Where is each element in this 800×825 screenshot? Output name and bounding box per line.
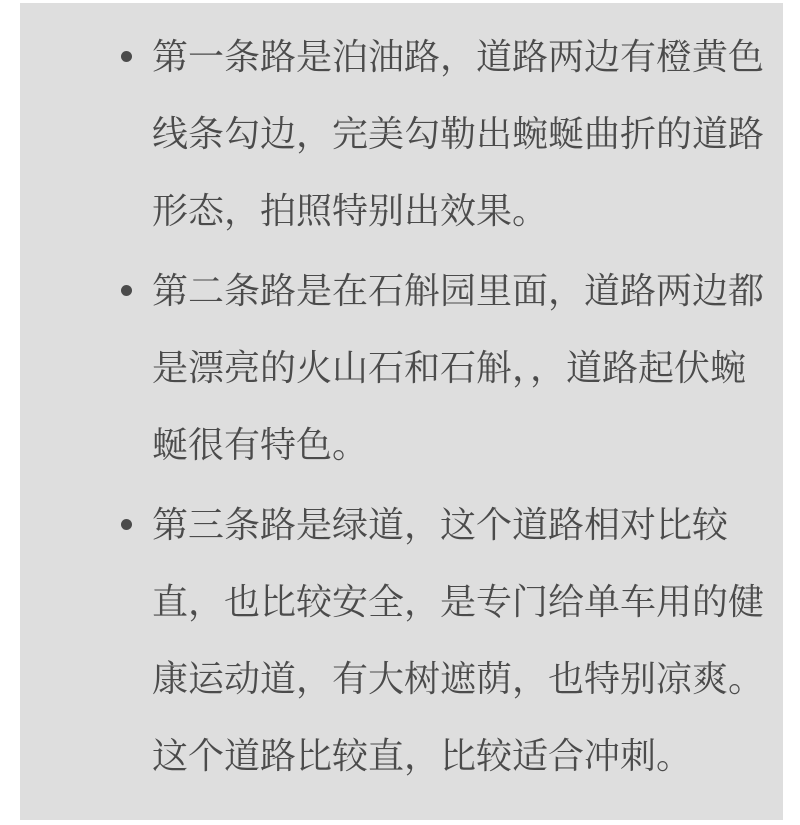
- bullet-list: 第一条路是泊油路，道路两边有橙黄色 线条勾边，完美勾勒出蜿蜒曲折的道路 形态，拍…: [20, 3, 783, 794]
- text-line: 直，也比较安全，是专门给单车用的健: [152, 563, 783, 640]
- text-line: 是漂亮的火山石和石斛，，道路起伏蜿: [152, 329, 783, 406]
- list-item: 第二条路是在石斛园里面，道路两边都 是漂亮的火山石和石斛，，道路起伏蜿 蜒很有特…: [20, 252, 783, 483]
- document-background: 第一条路是泊油路，道路两边有橙黄色 线条勾边，完美勾勒出蜿蜒曲折的道路 形态，拍…: [20, 3, 783, 820]
- bullet-text: 第三条路是绿道，这个道路相对比较 直，也比较安全，是专门给单车用的健 康运动道，…: [152, 486, 783, 794]
- list-item: 第三条路是绿道，这个道路相对比较 直，也比较安全，是专门给单车用的健 康运动道，…: [20, 486, 783, 794]
- bullet-text: 第一条路是泊油路，道路两边有橙黄色 线条勾边，完美勾勒出蜿蜒曲折的道路 形态，拍…: [152, 18, 783, 249]
- text-line: 第三条路是绿道，这个道路相对比较: [152, 486, 783, 563]
- text-line: 形态，拍照特别出效果。: [152, 172, 783, 249]
- text-line: 这个道路比较直，比较适合冲刺。: [152, 717, 783, 794]
- list-item: 第一条路是泊油路，道路两边有橙黄色 线条勾边，完美勾勒出蜿蜒曲折的道路 形态，拍…: [20, 18, 783, 249]
- bullet-text: 第二条路是在石斛园里面，道路两边都 是漂亮的火山石和石斛，，道路起伏蜿 蜒很有特…: [152, 252, 783, 483]
- bullet-icon: [121, 519, 132, 530]
- text-line: 第一条路是泊油路，道路两边有橙黄色: [152, 18, 783, 95]
- text-line: 蜒很有特色。: [152, 406, 783, 483]
- bullet-icon: [121, 51, 132, 62]
- text-line: 第二条路是在石斛园里面，道路两边都: [152, 252, 783, 329]
- text-line: 康运动道，有大树遮荫，也特别凉爽。: [152, 640, 783, 717]
- bullet-icon: [121, 285, 132, 296]
- text-line: 线条勾边，完美勾勒出蜿蜒曲折的道路: [152, 95, 783, 172]
